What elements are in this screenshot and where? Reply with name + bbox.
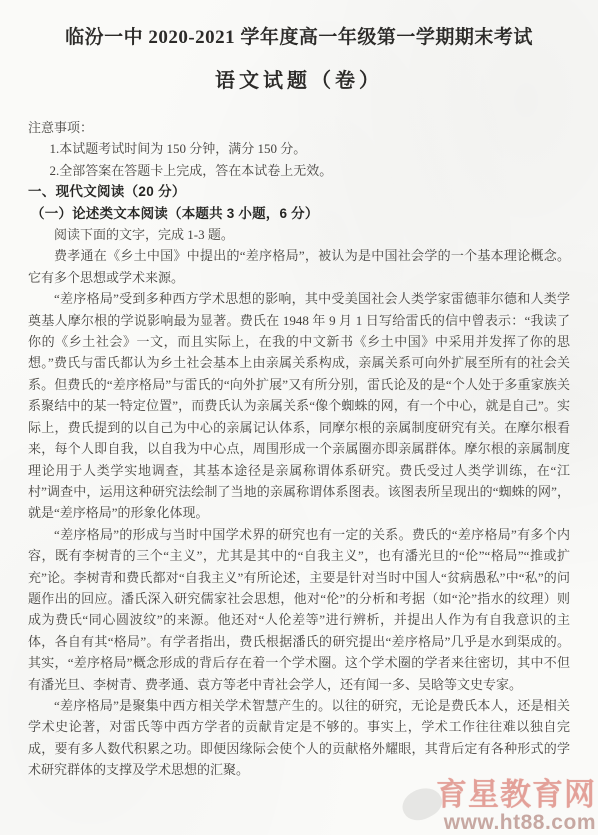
watermark-site-name: 育星教育网 [436,779,596,810]
watermark-logo-icon [397,781,446,826]
paper-body: 注意事项： 1.本试题考试时间为 150 分钟，满分 150 分。 2.全部答案… [28,117,570,781]
watermark-url: www.ht88.com [436,812,596,833]
notice-item-1: 1.本试题考试时间为 150 分钟，满分 150 分。 [28,138,570,159]
notice-heading: 注意事项： [28,117,570,138]
notice-item-2: 2.全部答案在答题卡上完成，答在本试卷上无效。 [28,160,570,181]
exam-paper-page: 临汾一中 2020-2021 学年度高一年级第一学期期末考试 语文试题（卷） 注… [0,0,598,835]
reading-passage: 费孝通在《乡土中国》中提出的“差序格局”，被认为是中国社会学的一个基本理论概念。… [28,245,570,780]
section-heading-modern-reading: 一、现代文阅读（20 分） [28,181,570,202]
reading-instruction: 阅读下面的文字，完成 1-3 题。 [28,224,570,245]
passage-paragraph-4: “差序格局”是聚集中西方相关学术智慧产生的。以往的研究，无论是费氏本人，还是相关… [28,695,570,781]
paper-subtitle: 语文试题（卷） [20,64,578,93]
site-watermark: 育星教育网 www.ht88.com [436,779,596,833]
passage-paragraph-3: “差序格局”的形成与当时中国学术界的研究也有一定的关系。费氏的“差序格局”有多个… [28,524,570,695]
passage-paragraph-1: 费孝通在《乡土中国》中提出的“差序格局”，被认为是中国社会学的一个基本理论概念。… [28,245,570,288]
passage-paragraph-2: “差序格局”受到多种西方学术思想的影响，其中受美国社会人类学家雷德菲尔德和人类学… [28,288,570,523]
paper-title: 临汾一中 2020-2021 学年度高一年级第一学期期末考试 [20,22,578,49]
subsection-heading-argumentative-text: （一）论述类文本阅读（本题共 3 小题，6 分） [28,203,570,224]
